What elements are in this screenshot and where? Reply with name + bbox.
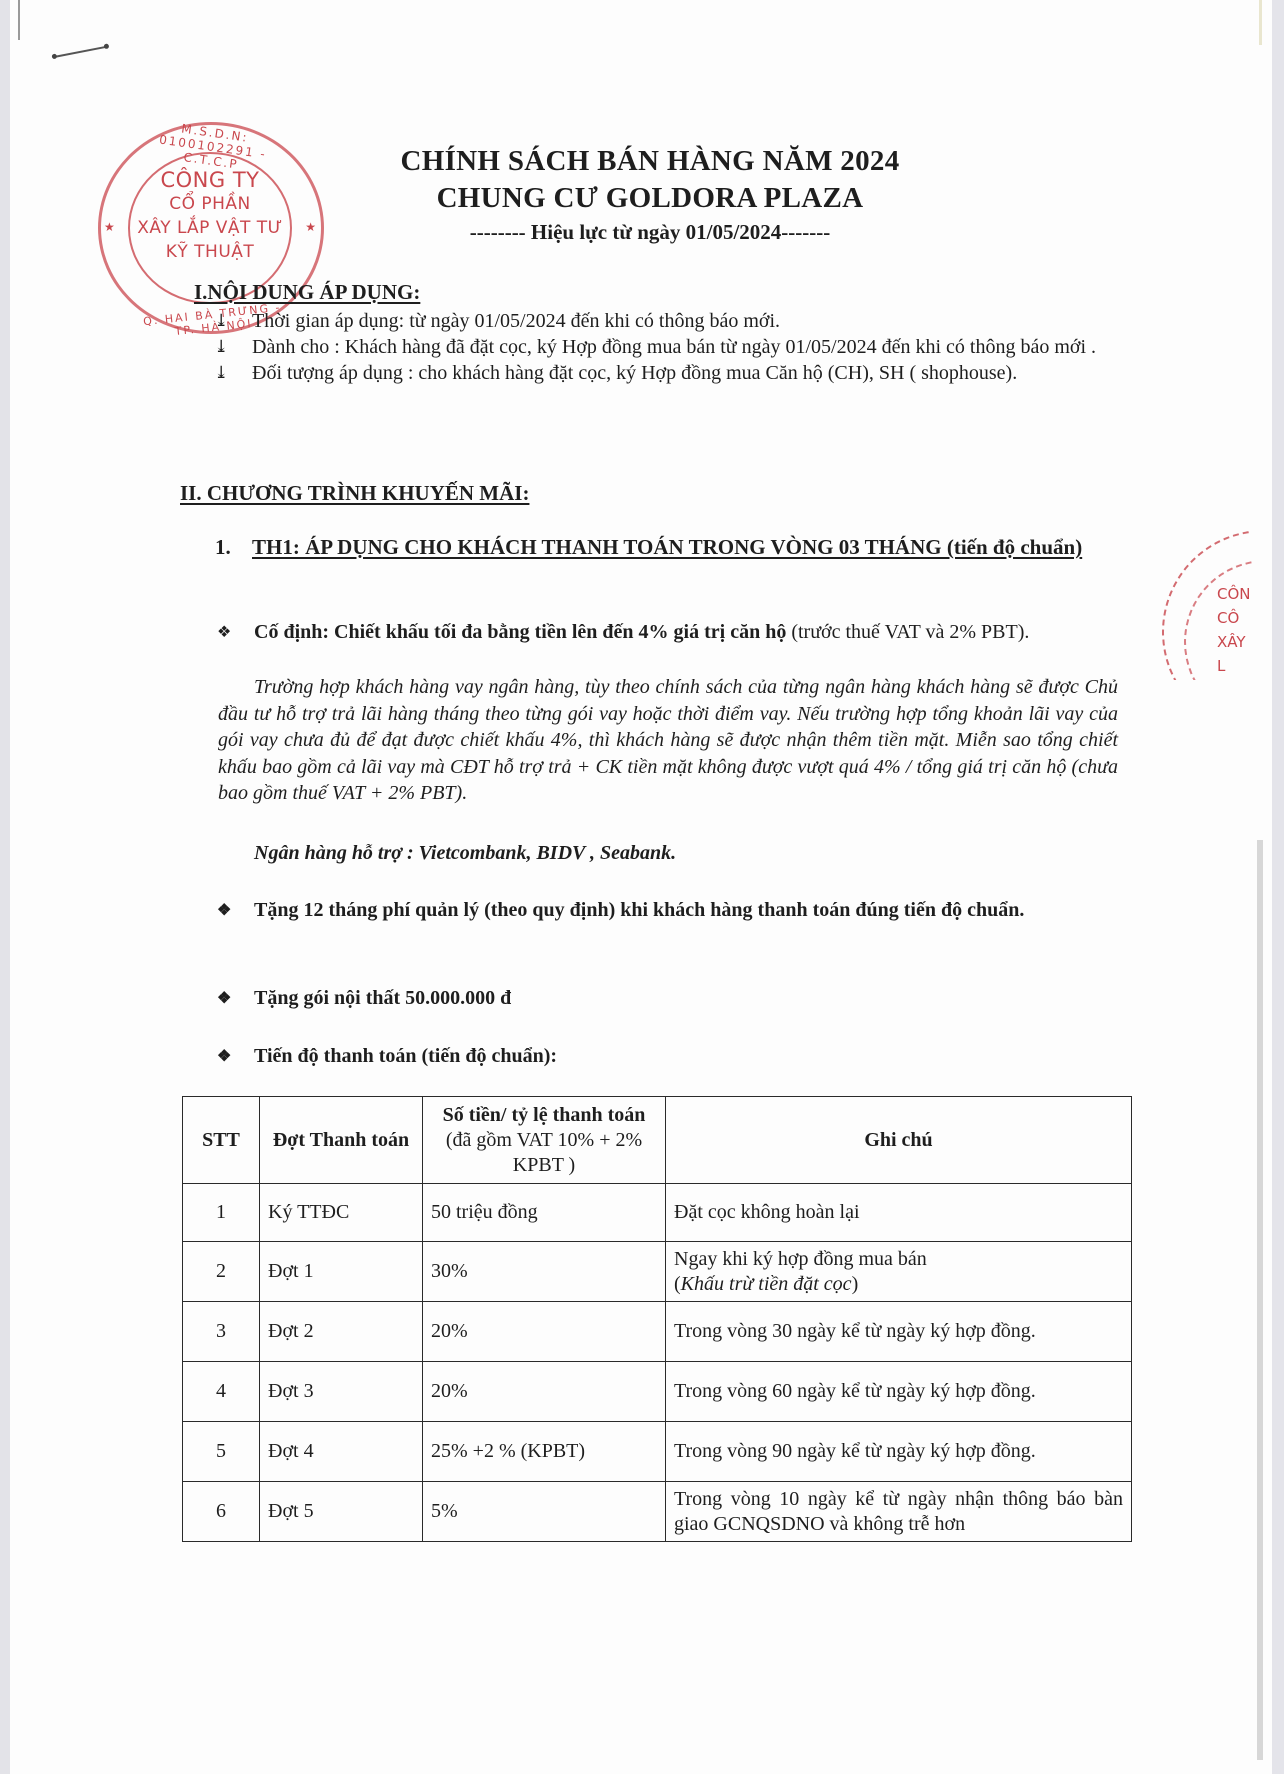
note-text: Đặt cọc không hoàn lại	[674, 1201, 860, 1223]
cell-installment: Ký TTĐC	[260, 1184, 423, 1242]
list-item-text: Thời gian áp dụng: từ ngày 01/05/2024 đế…	[252, 308, 780, 334]
cell-note: Trong vòng 30 ngày kể từ ngày ký hợp đồn…	[666, 1302, 1132, 1362]
cell-stt: 4	[183, 1362, 260, 1422]
four-diamond-bullet-icon: ❖	[217, 619, 254, 646]
cell-amount: 20%	[423, 1302, 666, 1362]
scan-edge-line	[18, 0, 20, 40]
note-text: Ngay khi ký hợp đồng mua bán	[674, 1248, 927, 1270]
stamp-line: CÔ	[1217, 606, 1252, 630]
table-row: 5Đợt 425% +2 % (KPBT)Trong vòng 90 ngày …	[183, 1422, 1132, 1482]
promo-text-bold: Cố định: Chiết khấu tối đa bằng tiền lên…	[254, 621, 786, 643]
section-heading-promotion: II. CHƯƠNG TRÌNH KHUYẾN MÃI:	[180, 481, 529, 506]
cell-stt: 3	[183, 1302, 260, 1362]
pen-mark-icon	[54, 46, 107, 58]
cell-stt: 2	[183, 1242, 260, 1302]
stamp-inner-text: CÔN CÔ XÂY L	[1217, 582, 1252, 678]
promo-text: Tặng gói nội thất 50.000.000 đ	[254, 985, 511, 1012]
note-text: Trong vòng 60 ngày kể từ ngày ký hợp đồn…	[674, 1380, 1036, 1402]
list-item-text: Dành cho : Khách hàng đã đặt cọc, ký Hợp…	[252, 334, 1096, 360]
cell-stt: 1	[183, 1184, 260, 1242]
cell-stt: 5	[183, 1422, 260, 1482]
supporting-banks: Ngân hàng hỗ trợ : Vietcombank, BIDV , S…	[254, 842, 676, 865]
subsection-heading: 1. TH1: ÁP DỤNG CHO KHÁCH THANH TOÁN TRO…	[215, 534, 1125, 561]
table-row: 1Ký TTĐC50 triệu đồngĐặt cọc không hoàn …	[183, 1184, 1132, 1242]
note-text: Trong vòng 10 ngày kể từ ngày nhận thông…	[674, 1488, 1123, 1535]
cell-installment: Đợt 5	[260, 1482, 423, 1542]
header-amount-bold: Số tiền/ tỷ lệ thanh toán	[443, 1104, 646, 1126]
effective-date: -------- Hiệu lực từ ngày 01/05/2024----…	[330, 217, 970, 247]
stamp-line: CÔNG TY	[122, 168, 298, 192]
cell-note: Trong vòng 60 ngày kể từ ngày ký hợp đồn…	[666, 1362, 1132, 1422]
four-diamond-bullet-icon: ❖	[217, 1043, 254, 1070]
star-icon: ★	[104, 220, 115, 234]
cell-amount: 5%	[423, 1482, 666, 1542]
stamp-line: CÔN	[1217, 582, 1252, 606]
partial-stamp: CÔN CÔ XÂY L	[1162, 520, 1252, 680]
promo-text: Tiến độ thanh toán (tiến độ chuẩn):	[254, 1043, 557, 1070]
cell-installment: Đợt 1	[260, 1242, 423, 1302]
four-diamond-bullet-icon: ❖	[217, 897, 254, 924]
note-subtext: (Khấu trừ tiền đặt cọc)	[674, 1273, 858, 1295]
table-row: 4Đợt 320%Trong vòng 60 ngày kể từ ngày k…	[183, 1362, 1132, 1422]
payment-schedule-table: STT Đợt Thanh toán Số tiền/ tỷ lệ thanh …	[182, 1096, 1132, 1542]
stamp-line: XÂY LẮP VẬT TƯ	[122, 216, 298, 240]
cell-amount: 25% +2 % (KPBT)	[423, 1422, 666, 1482]
document-header: CHÍNH SÁCH BÁN HÀNG NĂM 2024 CHUNG CƯ GO…	[330, 143, 970, 247]
loan-support-paragraph: Trường hợp khách hàng vay ngân hàng, tùy…	[218, 674, 1118, 807]
promo-text-normal: (trước thuế VAT và 2% PBT).	[786, 621, 1029, 643]
cell-note: Trong vòng 10 ngày kể từ ngày nhận thông…	[666, 1482, 1132, 1542]
promo-text: Tặng 12 tháng phí quản lý (theo quy định…	[254, 897, 1024, 924]
payment-schedule-heading: ❖ Tiến độ thanh toán (tiến độ chuẩn):	[217, 1043, 1122, 1070]
scan-edge-mark	[1259, 0, 1262, 45]
cell-installment: Đợt 2	[260, 1302, 423, 1362]
note-text: Trong vòng 30 ngày kể từ ngày ký hợp đồn…	[674, 1320, 1036, 1342]
cell-note: Đặt cọc không hoàn lại	[666, 1184, 1132, 1242]
header-amount-note: (đã gồm VAT 10% + 2% KPBT )	[446, 1129, 642, 1176]
table-row: 2Đợt 130%Ngay khi ký hợp đồng mua bán(Kh…	[183, 1242, 1132, 1302]
list-item-text: Đối tượng áp dụng : cho khách hàng đặt c…	[252, 360, 1017, 386]
section-heading-scope: I.NỘI DUNG ÁP DỤNG:	[194, 280, 420, 305]
page-edge-left	[0, 0, 10, 1774]
scan-edge-mark	[1257, 840, 1263, 1760]
down-arrow-bar-icon: ⤓	[212, 334, 252, 360]
subsection-title: TH1: ÁP DỤNG CHO KHÁCH THANH TOÁN TRONG …	[252, 534, 1082, 561]
down-arrow-bar-icon: ⤓	[212, 360, 252, 386]
table-header-row: STT Đợt Thanh toán Số tiền/ tỷ lệ thanh …	[183, 1097, 1132, 1184]
project-name: CHUNG CƯ GOLDORA PLAZA	[330, 180, 970, 217]
list-item: ⤓ Dành cho : Khách hàng đã đặt cọc, ký H…	[212, 334, 1122, 360]
table-row: 3Đợt 220%Trong vòng 30 ngày kể từ ngày k…	[183, 1302, 1132, 1362]
four-diamond-bullet-icon: ❖	[217, 985, 254, 1012]
header-amount: Số tiền/ tỷ lệ thanh toán (đã gồm VAT 10…	[423, 1097, 666, 1184]
subsection-number: 1.	[215, 534, 252, 561]
promo-item-furniture: ❖ Tặng gói nội thất 50.000.000 đ	[217, 985, 1122, 1012]
cell-installment: Đợt 3	[260, 1362, 423, 1422]
promo-item-management-fee: ❖ Tặng 12 tháng phí quản lý (theo quy đị…	[217, 897, 1122, 924]
document-title: CHÍNH SÁCH BÁN HÀNG NĂM 2024	[330, 143, 970, 180]
star-icon: ★	[305, 220, 316, 234]
scope-list: ⤓ Thời gian áp dụng: từ ngày 01/05/2024 …	[212, 308, 1122, 386]
stamp-inner-text: CÔNG TY CỔ PHẦN XÂY LẮP VẬT TƯ KỸ THUẬT	[122, 168, 298, 264]
cell-amount: 30%	[423, 1242, 666, 1302]
promo-text: Cố định: Chiết khấu tối đa bằng tiền lên…	[254, 619, 1029, 646]
cell-amount: 20%	[423, 1362, 666, 1422]
cell-note: Trong vòng 90 ngày kể từ ngày ký hợp đồn…	[666, 1422, 1132, 1482]
down-arrow-bar-icon: ⤓	[212, 308, 252, 334]
stamp-line: KỸ THUẬT	[122, 240, 298, 264]
list-item: ⤓ Đối tượng áp dụng : cho khách hàng đặt…	[212, 360, 1122, 386]
table-row: 6Đợt 55%Trong vòng 10 ngày kể từ ngày nh…	[183, 1482, 1132, 1542]
note-text: Trong vòng 90 ngày kể từ ngày ký hợp đồn…	[674, 1440, 1036, 1462]
header-stt: STT	[183, 1097, 260, 1184]
page-edge-right	[1272, 0, 1284, 1774]
header-installment: Đợt Thanh toán	[260, 1097, 423, 1184]
header-note: Ghi chú	[666, 1097, 1132, 1184]
stamp-line: XÂY L	[1217, 630, 1252, 678]
stamp-line: CỔ PHẦN	[122, 192, 298, 216]
promo-item-fixed-discount: ❖ Cố định: Chiết khấu tối đa bằng tiền l…	[217, 619, 1122, 646]
cell-note: Ngay khi ký hợp đồng mua bán(Khấu trừ ti…	[666, 1242, 1132, 1302]
list-item: ⤓ Thời gian áp dụng: từ ngày 01/05/2024 …	[212, 308, 1122, 334]
cell-stt: 6	[183, 1482, 260, 1542]
cell-installment: Đợt 4	[260, 1422, 423, 1482]
cell-amount: 50 triệu đồng	[423, 1184, 666, 1242]
